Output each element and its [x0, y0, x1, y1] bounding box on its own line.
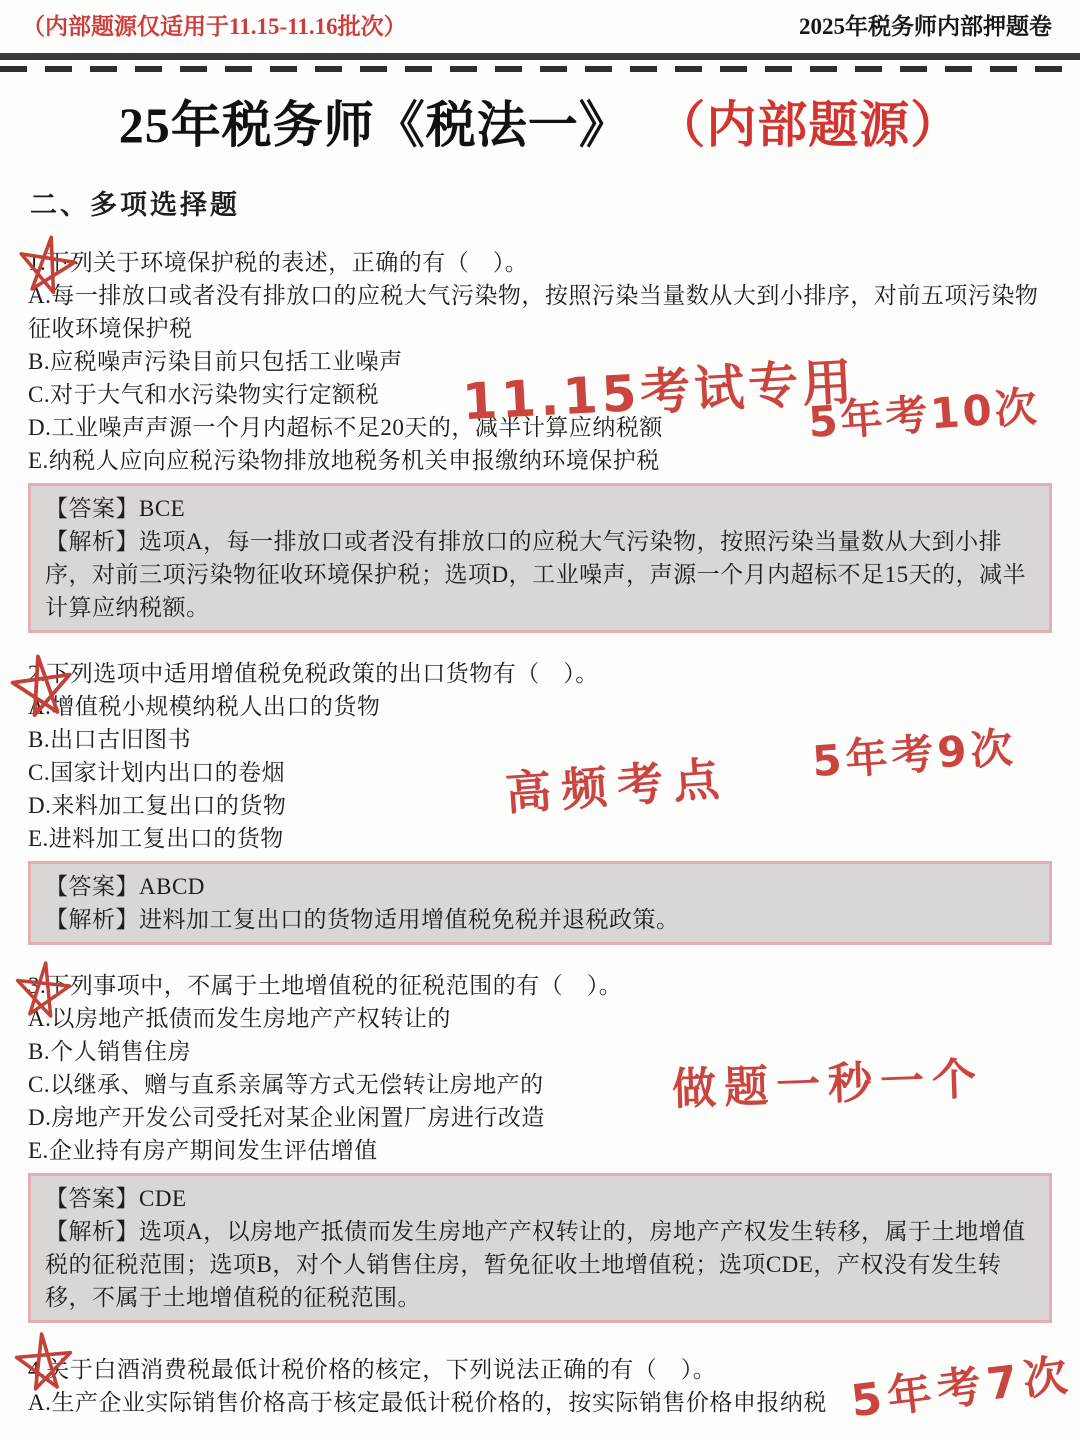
analysis-line: 【解析】选项A，以房地产抵债而发生房地产产权转让的，房地产产权发生转移，属于土地…: [45, 1215, 1035, 1314]
question-stem: 1.下列关于环境保护税的表述，正确的有（ ）。: [28, 246, 1052, 279]
analysis-line: 【解析】选项A，每一排放口或者没有排放口的应税大气污染物，按照污染当量数从大到小…: [45, 525, 1035, 624]
batch-note: （内部题源仅适用于11.15-11.16批次）: [22, 12, 407, 42]
answer-value: BCE: [139, 496, 185, 521]
star-icon: [12, 230, 83, 299]
question-option: E.企业持有房产期间发生评估增值: [28, 1134, 1052, 1167]
question-stem: 2.下列选项中适用增值税免税政策的出口货物有（ ）。: [28, 657, 1052, 690]
page-title: 25年税务师《税法一》 （内部题源）: [28, 94, 1052, 156]
dashed-divider: [0, 66, 1080, 72]
answer-label: 【答案】: [45, 496, 139, 521]
solid-divider: [0, 53, 1080, 60]
page-header: （内部题源仅适用于11.15-11.16批次） 2025年税务师内部押题卷: [0, 0, 1080, 42]
handwritten-annotation: 做题一秒一个: [671, 1043, 985, 1118]
analysis-line: 【解析】进料加工复出口的货物适用增值税免税并退税政策。: [45, 903, 1035, 936]
analysis-text: 选项A，以房地产抵债而发生房地产产权转让的，房地产产权发生转移，属于土地增值税的…: [45, 1219, 1026, 1310]
answer-line: 【答案】CDE: [45, 1182, 1035, 1215]
analysis-label: 【解析】: [45, 907, 139, 932]
star-icon: [11, 1328, 76, 1395]
question-option: E.进料加工复出口的货物: [28, 822, 1052, 855]
star-icon: [6, 648, 79, 722]
answer-box: 【答案】BCE 【解析】选项A，每一排放口或者没有排放口的应税大气污染物，按照污…: [28, 483, 1052, 633]
answer-box: 【答案】CDE 【解析】选项A，以房地产抵债而发生房地产产权转让的，房地产产权发…: [28, 1173, 1052, 1323]
question-option: A.每一排放口或者没有排放口的应税大气污染物，按照污染当量数从大到小排序，对前五…: [28, 279, 1052, 345]
question-option: E.纳税人应向应税污染物排放地税务机关申报缴纳环境保护税: [28, 444, 1052, 477]
exam-page: （内部题源仅适用于11.15-11.16批次） 2025年税务师内部押题卷 25…: [0, 0, 1080, 1440]
analysis-text: 进料加工复出口的货物适用增值税免税并退税政策。: [139, 907, 680, 932]
answer-box: 【答案】ABCD 【解析】进料加工复出口的货物适用增值税免税并退税政策。: [28, 861, 1052, 945]
analysis-text: 选项A，每一排放口或者没有排放口的应税大气污染物，按照污染当量数从大到小排序，对…: [45, 529, 1026, 620]
question-3: 3.下列事项中，不属于土地增值税的征税范围的有（ ）。 A.以房地产抵债而发生房…: [28, 969, 1052, 1323]
answer-label: 【答案】: [45, 874, 139, 899]
analysis-label: 【解析】: [45, 529, 139, 554]
answer-line: 【答案】ABCD: [45, 870, 1035, 903]
answer-value: CDE: [139, 1186, 187, 1211]
page-title-main: 25年税务师《税法一》: [119, 97, 630, 153]
answer-label: 【答案】: [45, 1186, 139, 1211]
question-option: A.增值税小规模纳税人出口的货物: [28, 690, 1052, 723]
star-icon: [11, 955, 75, 1023]
page-title-suffix: （内部题源）: [655, 97, 961, 153]
answer-value: ABCD: [139, 874, 205, 899]
question-stem: 3.下列事项中，不属于土地增值税的征税范围的有（ ）。: [28, 969, 1052, 1002]
analysis-label: 【解析】: [45, 1219, 139, 1244]
section-heading: 二、多项选择题: [30, 188, 1052, 222]
paper-series-title: 2025年税务师内部押题卷: [799, 12, 1052, 42]
answer-line: 【答案】BCE: [45, 492, 1035, 525]
question-option: A.以房地产抵债而发生房地产产权转让的: [28, 1002, 1052, 1035]
